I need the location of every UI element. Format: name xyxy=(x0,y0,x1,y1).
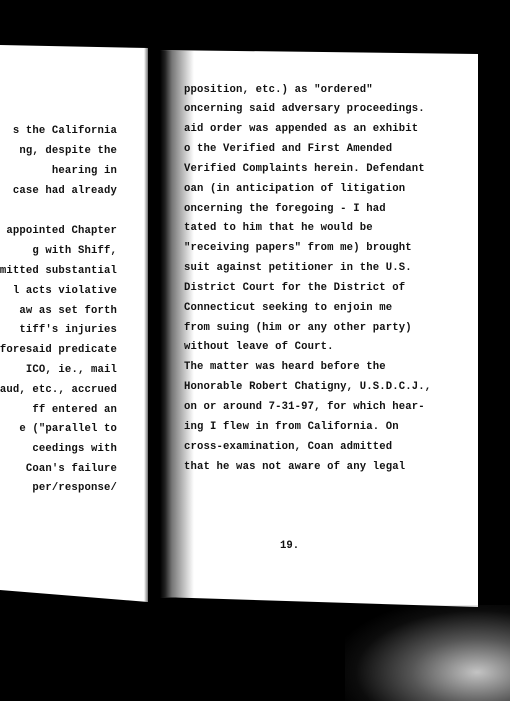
text-line: raud, etc., accrued xyxy=(0,384,117,396)
text-line: Coan's failure xyxy=(26,463,117,475)
text-line: case had already xyxy=(13,185,117,197)
text-line: foresaid predicate xyxy=(0,344,117,356)
text-line: "receiving papers" from me) brought xyxy=(184,242,412,254)
text-line: s the California xyxy=(13,125,117,137)
text-line: ommitted substantial xyxy=(0,265,117,277)
text-line: that he was not aware of any legal xyxy=(184,461,405,473)
text-line: Honorable Robert Chatigny, U.S.D.C.J., xyxy=(184,381,431,393)
text-line: ing I flew in from California. On xyxy=(184,421,399,433)
left-page: s the California ng, despite the hearing… xyxy=(0,45,148,602)
text-line: per/response/ xyxy=(32,482,117,494)
page-number: 19. xyxy=(280,540,299,552)
text-line: without leave of Court. xyxy=(184,341,334,353)
text-line: Verified Complaints herein. Defendant xyxy=(184,163,425,175)
text-line: tated to him that he would be xyxy=(184,222,373,234)
text-line: The matter was heard before the xyxy=(184,361,386,373)
text-line: ICO, ie., mail xyxy=(26,364,117,376)
text-line: oan (in anticipation of litigation xyxy=(184,183,405,195)
text-line: aid order was appended as an exhibit xyxy=(184,123,418,135)
text-line: o the Verified and First Amended xyxy=(184,143,392,155)
text-line: cross-examination, Coan admitted xyxy=(184,441,392,453)
text-line: as appointed Chapter xyxy=(0,225,117,237)
text-line: ff entered an xyxy=(32,404,117,416)
text-line: suit against petitioner in the U.S. xyxy=(184,262,412,274)
text-line: pposition, etc.) as "ordered" xyxy=(184,84,373,96)
text-line: g with Shiff, xyxy=(32,245,117,257)
text-line: on or around 7-31-97, for which hear- xyxy=(184,401,425,413)
text-line: oncerning the foregoing - I had xyxy=(184,203,386,215)
text-line: tiff's injuries xyxy=(19,324,117,336)
text-line: aw as set forth xyxy=(19,305,117,317)
text-line: e ("parallel to xyxy=(19,423,117,435)
text-line: ng, despite the xyxy=(19,145,117,157)
text-line: District Court for the District of xyxy=(184,282,405,294)
text-line: Connecticut seeking to enjoin me xyxy=(184,302,392,314)
scan-noise xyxy=(345,605,510,701)
right-page: pposition, etc.) as "ordered" oncerning … xyxy=(160,50,478,607)
text-line: hearing in xyxy=(52,165,117,177)
text-line: l acts violative xyxy=(13,285,117,297)
text-line: from suing (him or any other party) xyxy=(184,322,412,334)
text-line: ceedings with xyxy=(32,443,117,455)
text-line: oncerning said adversary proceedings. xyxy=(184,103,425,115)
